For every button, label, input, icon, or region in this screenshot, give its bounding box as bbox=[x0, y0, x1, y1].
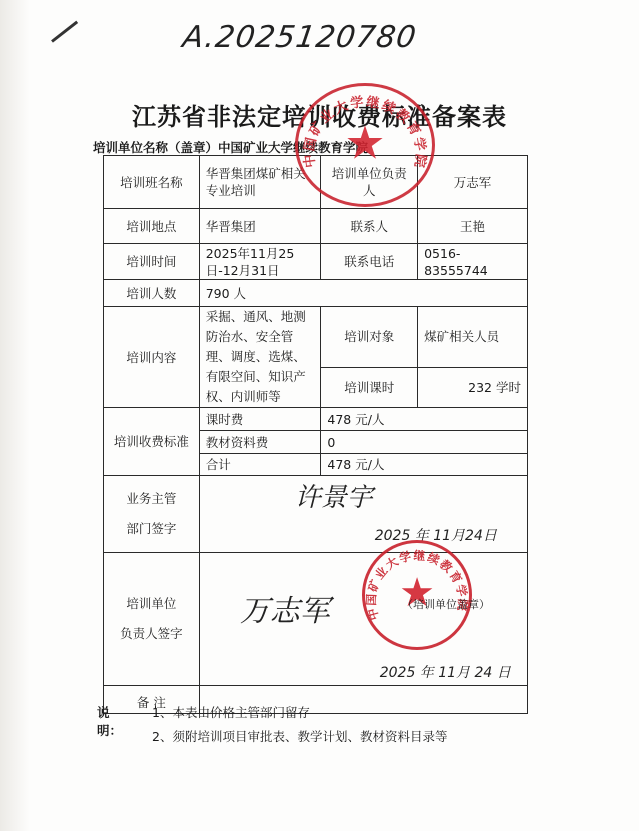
dept-sign-label-line1: 业务主管 bbox=[110, 484, 193, 514]
fee-item-value: 0 bbox=[321, 431, 528, 454]
table-row: 业务主管 部门签字 许景宇 2025 年 11月24日 bbox=[104, 476, 528, 553]
handwritten-doc-number: A.2025120780 bbox=[181, 20, 419, 55]
dept-sign-label-line2: 部门签字 bbox=[110, 514, 193, 544]
hours-value: 232 学时 bbox=[418, 367, 528, 407]
table-row: 培训内容 采掘、通风、地测防治水、安全管理、调度、选煤、有限空间、知识产权、内训… bbox=[104, 307, 528, 368]
table-row: 培训收费标准 课时费 478 元/人 bbox=[104, 408, 528, 431]
dept-signature-cell: 许景宇 2025 年 11月24日 bbox=[199, 476, 527, 553]
table-row: 培训时间 2025年11月25日-12月31日 联系电话 0516-835557… bbox=[104, 244, 528, 280]
note-item: 1、本表由价格主管部门留存 bbox=[152, 703, 310, 721]
contact-value: 王艳 bbox=[418, 209, 528, 244]
unit-sign-label-line1: 培训单位 bbox=[110, 589, 193, 619]
target-label: 培训对象 bbox=[321, 307, 418, 368]
count-label: 培训人数 bbox=[104, 280, 200, 307]
table-row: 培训地点 华晋集团 联系人 王艳 bbox=[104, 209, 528, 244]
location-value: 华晋集团 bbox=[199, 209, 321, 244]
table-row: 培训人数 790 人 bbox=[104, 280, 528, 307]
fee-item-value: 478 元/人 bbox=[321, 408, 528, 431]
unit-signature-cell: 万志军 2025 年 11月 24 日 bbox=[199, 553, 527, 686]
time-value: 2025年11月25日-12月31日 bbox=[199, 244, 321, 280]
location-label: 培训地点 bbox=[104, 209, 200, 244]
time-label: 培训时间 bbox=[104, 244, 200, 280]
handwritten-slash-mark bbox=[51, 21, 78, 43]
fee-item-label: 课时费 bbox=[199, 408, 321, 431]
phone-value: 0516-83555744 bbox=[418, 244, 528, 280]
leader-value: 万志军 bbox=[418, 156, 528, 209]
notes-label: 说明： bbox=[97, 703, 122, 739]
training-unit-label: 培训单位名称（盖章） bbox=[93, 140, 218, 155]
target-value: 煤矿相关人员 bbox=[418, 307, 528, 368]
stamp-caption: （培训单位盖章） bbox=[402, 596, 490, 612]
fee-item-value: 478 元/人 bbox=[321, 454, 528, 476]
unit-signature: 万志军 bbox=[240, 603, 330, 620]
fee-item-label: 教材资料费 bbox=[199, 431, 321, 454]
dept-signature: 许景宇 bbox=[295, 490, 373, 507]
fee-item-label: 合计 bbox=[199, 454, 321, 476]
seal-star-icon: ★ bbox=[344, 120, 385, 166]
hours-label: 培训课时 bbox=[321, 367, 418, 407]
content-value: 采掘、通风、地测防治水、安全管理、调度、选煤、有限空间、知识产权、内训师等 bbox=[199, 307, 321, 408]
contact-label: 联系人 bbox=[321, 209, 418, 244]
unit-sign-label: 培训单位 负责人签字 bbox=[104, 553, 200, 686]
note-item: 2、须附培训项目审批表、教学计划、教材资料目录等 bbox=[152, 727, 447, 745]
official-seal-bottom: 中国矿业大学继续教育学院 ★ bbox=[362, 540, 472, 650]
unit-sign-date: 2025 年 11月 24 日 bbox=[380, 665, 511, 682]
official-seal-top: 中国矿业大学继续教育学院 ★ bbox=[295, 83, 435, 207]
dept-sign-label: 业务主管 部门签字 bbox=[104, 476, 200, 553]
content-label: 培训内容 bbox=[104, 307, 200, 408]
fee-label: 培训收费标准 bbox=[104, 408, 200, 476]
phone-label: 联系电话 bbox=[321, 244, 418, 280]
unit-sign-label-line2: 负责人签字 bbox=[110, 619, 193, 649]
count-value: 790 人 bbox=[199, 280, 527, 307]
class-name-label: 培训班名称 bbox=[104, 156, 200, 209]
